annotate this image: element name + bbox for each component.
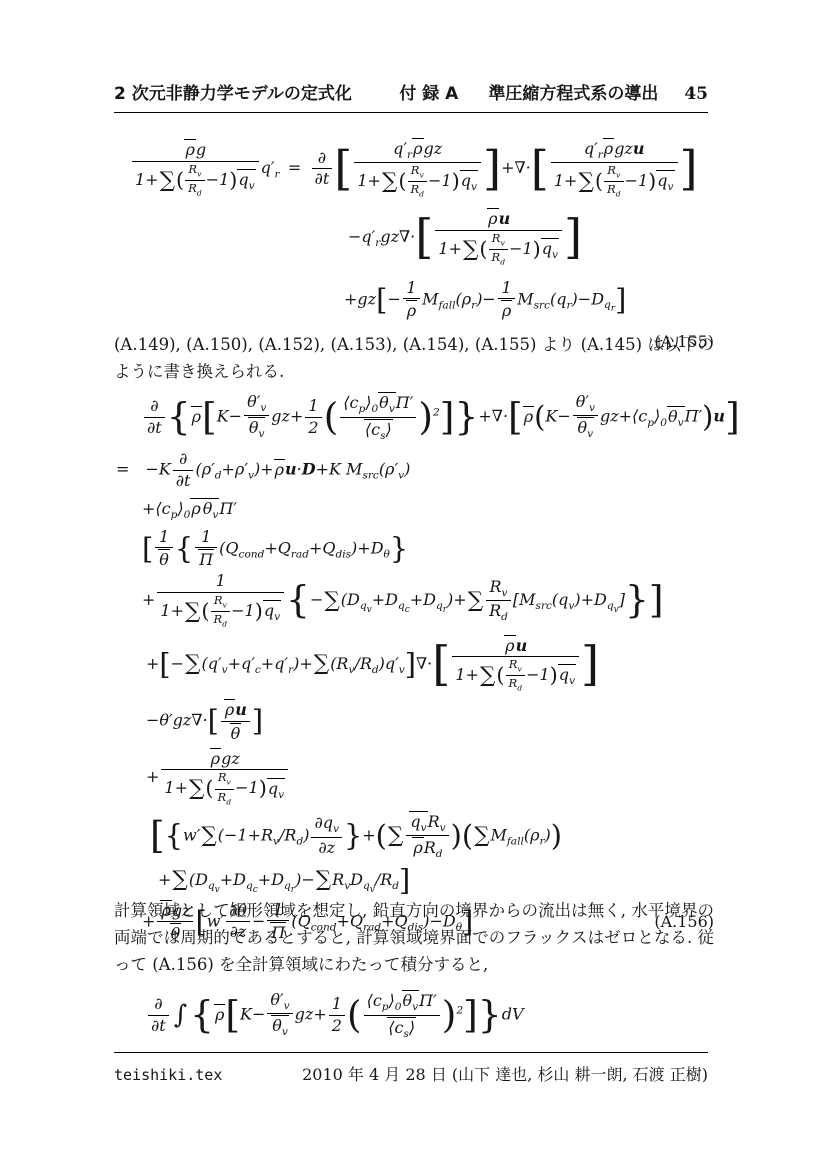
page-footer: teishiki.tex 2010 年 4 月 28 日 (山下 達也, 杉山 … [114, 1052, 708, 1085]
header-section-title: 2 次元非静力学モデルの定式化 [114, 84, 352, 105]
header-appendix-title: 準圧縮方程式系の導出 [488, 84, 658, 105]
equation-line: =−K∂∂t(ρ′d+ρ′v)+ρu·D+K Msrc(ρ′v) [116, 450, 714, 490]
equation-line: [{w′∑(−1+Rv/Rd)∂qv∂z}+(∑qvRvρRd)(∑Mfall(… [150, 811, 714, 861]
equation-a155: ρg1+∑(RvRd−1)qvq′r=∂∂t[q′rρgz1+∑(RvRd−1)… [114, 138, 714, 351]
equation-line: −θ′gz∇·[ρuθ] [146, 699, 714, 743]
equation-line: +∑(Dqv+Dqc+Dqr)−∑RvDqv/Rd] [158, 866, 714, 896]
equation-line: +11+∑(RvRd−1)qv{−∑(Dqv+Dqc+Dqr)+∑RvRd[Ms… [142, 572, 714, 628]
equation-line: +⟨cp⟩0ρθvΠ′ [142, 498, 714, 522]
equation-line: +ρgz1+∑(RvRd−1)qv [146, 748, 714, 806]
equation-line: −q′rgz∇·[ρu1+∑(RvRd−1)qv] [348, 208, 714, 266]
paragraph-domain-note: 計算領域として矩形領域を想定し, 鉛直方向の境界からの流出は無く, 水平境界の両… [114, 897, 714, 978]
footer-date-authors: 2010 年 4 月 28 日 (山下 達也, 杉山 耕一朗, 石渡 正樹) [302, 1062, 708, 1085]
document-page: 2 次元非静力学モデルの定式化 付 録 A 準圧縮方程式系の導出 45 ρg1+… [0, 0, 826, 1169]
footer-filename: teishiki.tex [114, 1066, 222, 1084]
page-header: 2 次元非静力学モデルの定式化 付 録 A 準圧縮方程式系の導出 45 [114, 84, 708, 113]
equation-integral: ∂∂t∫{ρ[K−θ′vθvgz+12(⟨cp⟩0θvΠ′⟨cs⟩)2]}dV [114, 990, 714, 1040]
equation-line: ∂∂t{ρ[K−θ′vθvgz+12(⟨cp⟩0θvΠ′⟨cs⟩)2]}+∇·[… [142, 392, 714, 442]
paragraph-rewrite-note: (A.149), (A.150), (A.152), (A.153), (A.1… [114, 331, 714, 385]
equation-a156: ∂∂t{ρ[K−θ′vθvgz+12(⟨cp⟩0θvΠ′⟨cs⟩)2]}+∇·[… [114, 392, 714, 944]
header-appendix-label: 付 録 A [399, 84, 458, 105]
equation-line: ∂∂t∫{ρ[K−θ′vθvgz+12(⟨cp⟩0θvΠ′⟨cs⟩)2]}dV [146, 990, 714, 1040]
header-page-number: 45 [684, 84, 708, 105]
equation-line: ρg1+∑(RvRd−1)qvq′r=∂∂t[q′rρgz1+∑(RvRd−1)… [130, 138, 714, 199]
equation-line: +gz[−1ρMfall(ρr)−1ρMsrc(qr)−Dqr] [344, 279, 714, 321]
equation-line: +[−∑(q′v+q′c+q′r)+∑(Rv/Rd)q′v]∇·[ρu1+∑(R… [146, 635, 714, 693]
equation-line: [1θ{1Π(Qcond+Qrad+Qdis)+Dθ} [142, 528, 714, 570]
